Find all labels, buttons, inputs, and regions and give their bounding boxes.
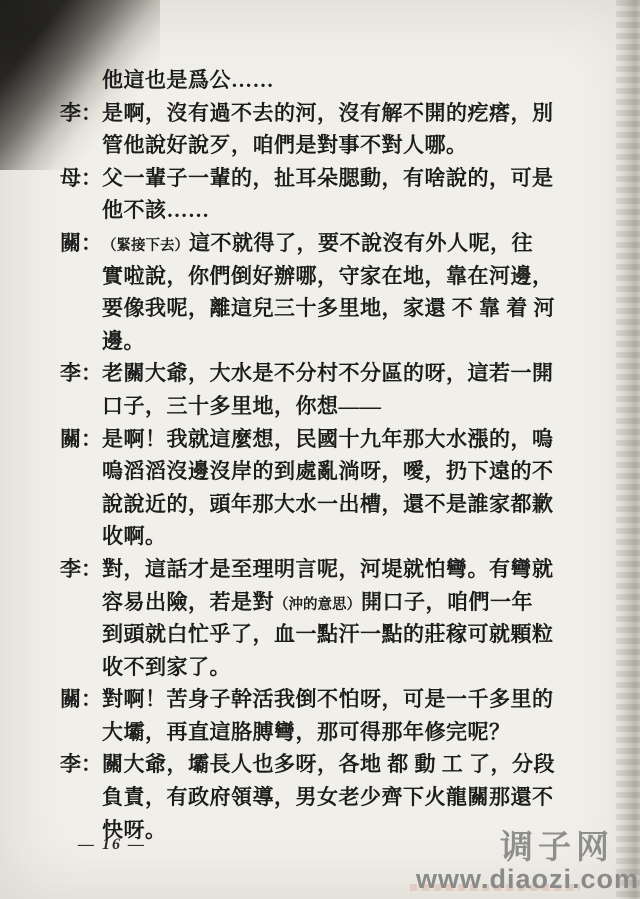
speaker-label bbox=[60, 260, 102, 293]
speaker-label: 李： bbox=[60, 357, 102, 390]
line-text: 對啊！苦身子幹活我倒不怕呀，可是一千多里的 bbox=[102, 683, 554, 716]
speaker-label bbox=[60, 618, 102, 651]
script-line: 實啦說，你們倒好辦哪，守家在地，靠在河邊， bbox=[60, 260, 600, 293]
line-text: 是啊，沒有過不去的河，沒有解不開的疙瘩，別 bbox=[102, 97, 554, 130]
script-line: 母：父一輩子一輩的，扯耳朵腮動，有啥說的，可是 bbox=[60, 162, 600, 195]
scanned-script-page: { "colors":{"paper":"#f1efe9","ink":"#1c… bbox=[0, 0, 640, 899]
script-line: 管他說好說歹，咱們是對事不對人哪。 bbox=[60, 129, 600, 162]
speaker-label bbox=[60, 194, 102, 227]
line-text: 大壩，再直這胳膊彎，那可得那年修完呢？ bbox=[102, 716, 511, 749]
script-line: 口子，三十多里地，你想—— bbox=[60, 390, 600, 423]
script-line: 嗚滔滔沒邊沒岸的到處亂淌呀，噯，扔下遠的不 bbox=[60, 455, 600, 488]
line-text: 收不到家了。 bbox=[102, 651, 231, 684]
speaker-label bbox=[60, 455, 102, 488]
speaker-label bbox=[60, 716, 102, 749]
script-line: 收不到家了。 bbox=[60, 651, 600, 684]
page-edge-artifact bbox=[616, 0, 640, 899]
script-line: 容易出險，若是對（沖的意思）開口子，咱們一年 bbox=[60, 586, 600, 619]
speaker-label bbox=[60, 651, 102, 684]
line-text: 嗚滔滔沒邊沒岸的到處亂淌呀，噯，扔下遠的不 bbox=[102, 455, 554, 488]
line-text: 老關大爺，大水是不分村不分區的呀，這若一開 bbox=[102, 357, 554, 390]
stage-direction: （沖的意思） bbox=[274, 597, 361, 613]
script-line: 關：（緊接下去）這不就得了，要不說沒有外人呢，往 bbox=[60, 227, 600, 260]
speaker-label: 母： bbox=[60, 162, 102, 195]
line-text: 這不就得了，要不說沒有外人呢，往 bbox=[189, 231, 533, 255]
speaker-label bbox=[60, 781, 102, 814]
line-text: 收啊。 bbox=[102, 520, 167, 553]
speaker-label: 李： bbox=[60, 748, 102, 781]
watermark: 调子网 www.diaozi.com bbox=[416, 830, 640, 893]
speaker-label bbox=[60, 488, 102, 521]
line-text: 到頭就白忙乎了，血一點汗一點的莊稼可就顆粒 bbox=[102, 618, 554, 651]
speaker-label: 關： bbox=[60, 683, 102, 716]
line-text: 說說近的，頭年那大水一出槽，還不是誰家都歉 bbox=[102, 488, 554, 521]
script-line: 負責，有政府領導，男女老少齊下火龍關那還不 bbox=[60, 781, 600, 814]
script-line: 關：對啊！苦身子幹活我倒不怕呀，可是一千多里的 bbox=[60, 683, 600, 716]
script-line: 他不該…… bbox=[60, 194, 600, 227]
watermark-site-name: 调子网 bbox=[416, 830, 614, 865]
speaker-label bbox=[60, 129, 102, 162]
line-text: 他不該…… bbox=[102, 194, 210, 227]
speaker-label: 關： bbox=[60, 423, 102, 456]
speaker-label bbox=[60, 520, 102, 553]
script-line: 關：是啊！我就這麼想，民國十九年那大水漲的，嗚 bbox=[60, 423, 600, 456]
script-line: 李：對，這話才是至理明言呢，河堤就怕彎。有彎就 bbox=[60, 553, 600, 586]
script-line: 李：關大爺，壩長人也多呀，各地 都 動 工 了，分段 bbox=[60, 748, 600, 781]
line-text: 關大爺，壩長人也多呀，各地 都 動 工 了，分段 bbox=[102, 748, 555, 781]
stage-direction: （緊接下去） bbox=[102, 238, 189, 254]
watermark-url: www.diaozi.com bbox=[416, 865, 639, 893]
script-line: 到頭就白忙乎了，血一點汗一點的莊稼可就顆粒 bbox=[60, 618, 600, 651]
speaker-label: 關： bbox=[60, 227, 102, 260]
line-text: 開口子，咱們一年 bbox=[361, 590, 533, 614]
script-text-block: 他這也是爲公…… 李：是啊，沒有過不去的河，沒有解不開的疙瘩，別 管他說好說歹，… bbox=[60, 64, 600, 846]
line-text: 是啊！我就這麼想，民國十九年那大水漲的，嗚 bbox=[102, 423, 554, 456]
script-line: 他這也是爲公…… bbox=[60, 64, 600, 97]
line-text: 負責，有政府領導，男女老少齊下火龍關那還不 bbox=[102, 781, 554, 814]
line-text: 容易出險，若是對（沖的意思）開口子，咱們一年 bbox=[102, 586, 533, 619]
script-line: 說說近的，頭年那大水一出槽，還不是誰家都歉 bbox=[60, 488, 600, 521]
line-text: 要像我呢，離這兒三十多里地，家還 不 靠 着 河 bbox=[102, 292, 555, 325]
line-text: 口子，三十多里地，你想—— bbox=[102, 390, 382, 423]
line-text: 實啦說，你們倒好辦哪，守家在地，靠在河邊， bbox=[102, 260, 554, 293]
script-line: 李：老關大爺，大水是不分村不分區的呀，這若一開 bbox=[60, 357, 600, 390]
script-line: 收啊。 bbox=[60, 520, 600, 553]
line-text: （緊接下去）這不就得了，要不說沒有外人呢，往 bbox=[102, 227, 533, 260]
speaker-label: 李： bbox=[60, 97, 102, 130]
line-text: 管他說好說歹，咱們是對事不對人哪。 bbox=[102, 129, 468, 162]
speaker-label bbox=[60, 586, 102, 619]
line-text: 他這也是爲公…… bbox=[102, 64, 274, 97]
script-line: 要像我呢，離這兒三十多里地，家還 不 靠 着 河 bbox=[60, 292, 600, 325]
line-text: 父一輩子一輩的，扯耳朵腮動，有啥說的，可是 bbox=[102, 162, 554, 195]
speaker-label bbox=[60, 64, 102, 97]
script-line: 李：是啊，沒有過不去的河，沒有解不開的疙瘩，別 bbox=[60, 97, 600, 130]
speaker-label bbox=[60, 390, 102, 423]
line-text: 邊。 bbox=[102, 325, 145, 358]
page-number: — 16 — bbox=[78, 836, 146, 854]
line-text: 容易出險，若是對 bbox=[102, 590, 274, 614]
speaker-label bbox=[60, 325, 102, 358]
script-line: 大壩，再直這胳膊彎，那可得那年修完呢？ bbox=[60, 716, 600, 749]
speaker-label: 李： bbox=[60, 553, 102, 586]
script-line: 邊。 bbox=[60, 325, 600, 358]
line-text: 對，這話才是至理明言呢，河堤就怕彎。有彎就 bbox=[102, 553, 554, 586]
speaker-label bbox=[60, 292, 102, 325]
